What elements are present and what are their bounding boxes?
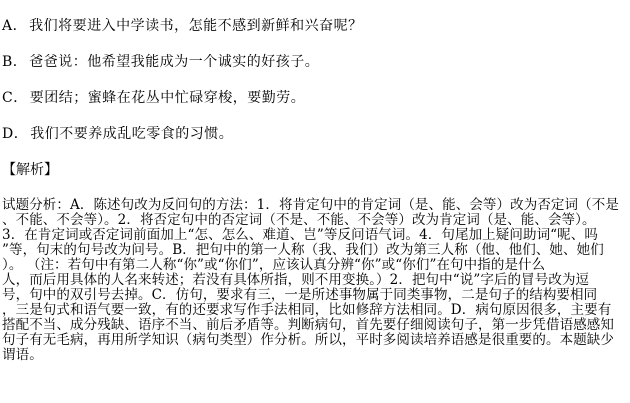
option-a: A．我们将要进入中学读书，怎能不感到新鲜和兴奋呢？: [2, 19, 630, 33]
option-c-label: C．: [2, 90, 28, 106]
analysis-line: 谓语。: [2, 348, 630, 363]
analysis-line: 人，而后用具体的人名来转述；若没有具体所指，则不用变换。）2．把句中“说”字后的…: [2, 273, 630, 288]
analysis-line: 3．在肯定词或否定词前面加上“怎、怎么、难道、岂”等反问语气词。4．句尾加上疑问…: [2, 228, 630, 243]
option-b-label: B．: [2, 54, 27, 70]
option-c-text: 要团结；蜜蜂在花丛中忙碌穿梭，要勤劳。: [30, 90, 306, 106]
analysis-line: ，三是句式和语气要一致，有的还要求写作手法相同，比如修辞方法相同。D．病句原因很…: [2, 303, 630, 318]
analysis-line: 号，句中的双引号去掉。C．仿句，要求有三，一是所述事物属于同类事物，二是句子的结…: [2, 288, 630, 303]
option-d-label: D．: [2, 126, 28, 142]
option-b-text: 爸爸说：他希望我能成为一个诚实的好孩子。: [29, 54, 319, 70]
analysis-line: 试题分析：A．陈述句改为反问句的方法：1．将肯定句中的肯定词（是、能、会等）改为…: [2, 198, 630, 213]
exam-document: A．我们将要进入中学读书，怎能不感到新鲜和兴奋呢？ B．爸爸说：他希望我能成为一…: [0, 0, 630, 363]
analysis-line: 句子有无毛病，再用所学知识（病句类型）作分析。所以，平时多阅读培养语感是很重要的…: [2, 333, 630, 348]
analysis-line: ）。 （注：若句中有第二人称“你”或“你们”，应该认真分辨“你”或“你们”在句中…: [2, 258, 630, 273]
option-d-text: 我们不要养成乱吃零食的习惯。: [30, 126, 233, 142]
option-b: B．爸爸说：他希望我能成为一个诚实的好孩子。: [2, 55, 630, 69]
option-c: C．要团结；蜜蜂在花丛中忙碌穿梭，要勤劳。: [2, 91, 630, 105]
option-a-text: 我们将要进入中学读书，怎能不感到新鲜和兴奋呢？: [29, 18, 363, 34]
analysis-line: 搭配不当、成分残缺、语序不当、前后矛盾等。判断病句，首先要仔细阅读句子，第一步凭…: [2, 318, 630, 333]
analysis-heading: 【解析】: [2, 163, 630, 177]
analysis-paragraph: 试题分析：A．陈述句改为反问句的方法：1．将肯定句中的肯定词（是、能、会等）改为…: [2, 198, 630, 363]
option-d: D．我们不要养成乱吃零食的习惯。: [2, 127, 630, 141]
option-a-label: A．: [2, 18, 27, 34]
analysis-line: ”等，句末的句号改为问号。B．把句中的第一人称（我、我们）改为第三人称（他、他们…: [2, 243, 630, 258]
analysis-line: 、不能、不会等）。2．将否定句中的否定词（不是、不能、不会等）改为肯定词（是、能…: [2, 213, 630, 228]
